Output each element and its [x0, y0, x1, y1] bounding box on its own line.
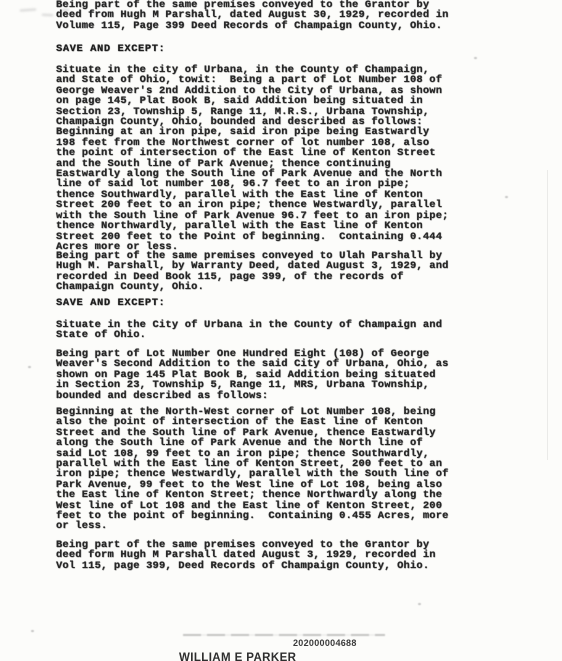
recorder-name: WILLIAM E PARKER: [179, 652, 296, 661]
deed-recital-paragraph-2: Being part of the same premises conveyed…: [56, 251, 480, 293]
footer-separator-line: [183, 634, 385, 636]
situate-paragraph: Situate in the City of Urbana in the Cou…: [56, 320, 480, 341]
scan-speck: [31, 630, 34, 632]
save-and-except-heading-1: SAVE AND EXCEPT:: [56, 44, 480, 54]
scan-speck: [505, 196, 508, 198]
scan-speck: [418, 603, 421, 605]
scan-speck: [474, 57, 477, 59]
legal-description-paragraph-2: Beginning at the North-West corner of Lo…: [56, 407, 480, 532]
scan-smudge: [20, 8, 36, 11]
lot-description-paragraph: Being part of Lot Number One Hundred Eig…: [56, 349, 480, 401]
save-and-except-heading-2: SAVE AND EXCEPT:: [56, 298, 480, 308]
legal-description-paragraph-1: Situate in the city of Urbana, in the Co…: [56, 65, 480, 252]
scan-smudge: [42, 14, 53, 17]
deed-recital-paragraph-1: Being part of the same premises conveyed…: [56, 0, 480, 31]
scan-speck: [28, 366, 31, 368]
instrument-number: 202000004688: [293, 638, 357, 648]
deed-recital-paragraph-3: Being part of the same premises conveyed…: [56, 540, 480, 571]
scanned-deed-page: Being part of the same premises conveyed…: [0, 0, 562, 661]
scan-edge-artifact: [547, 170, 548, 460]
